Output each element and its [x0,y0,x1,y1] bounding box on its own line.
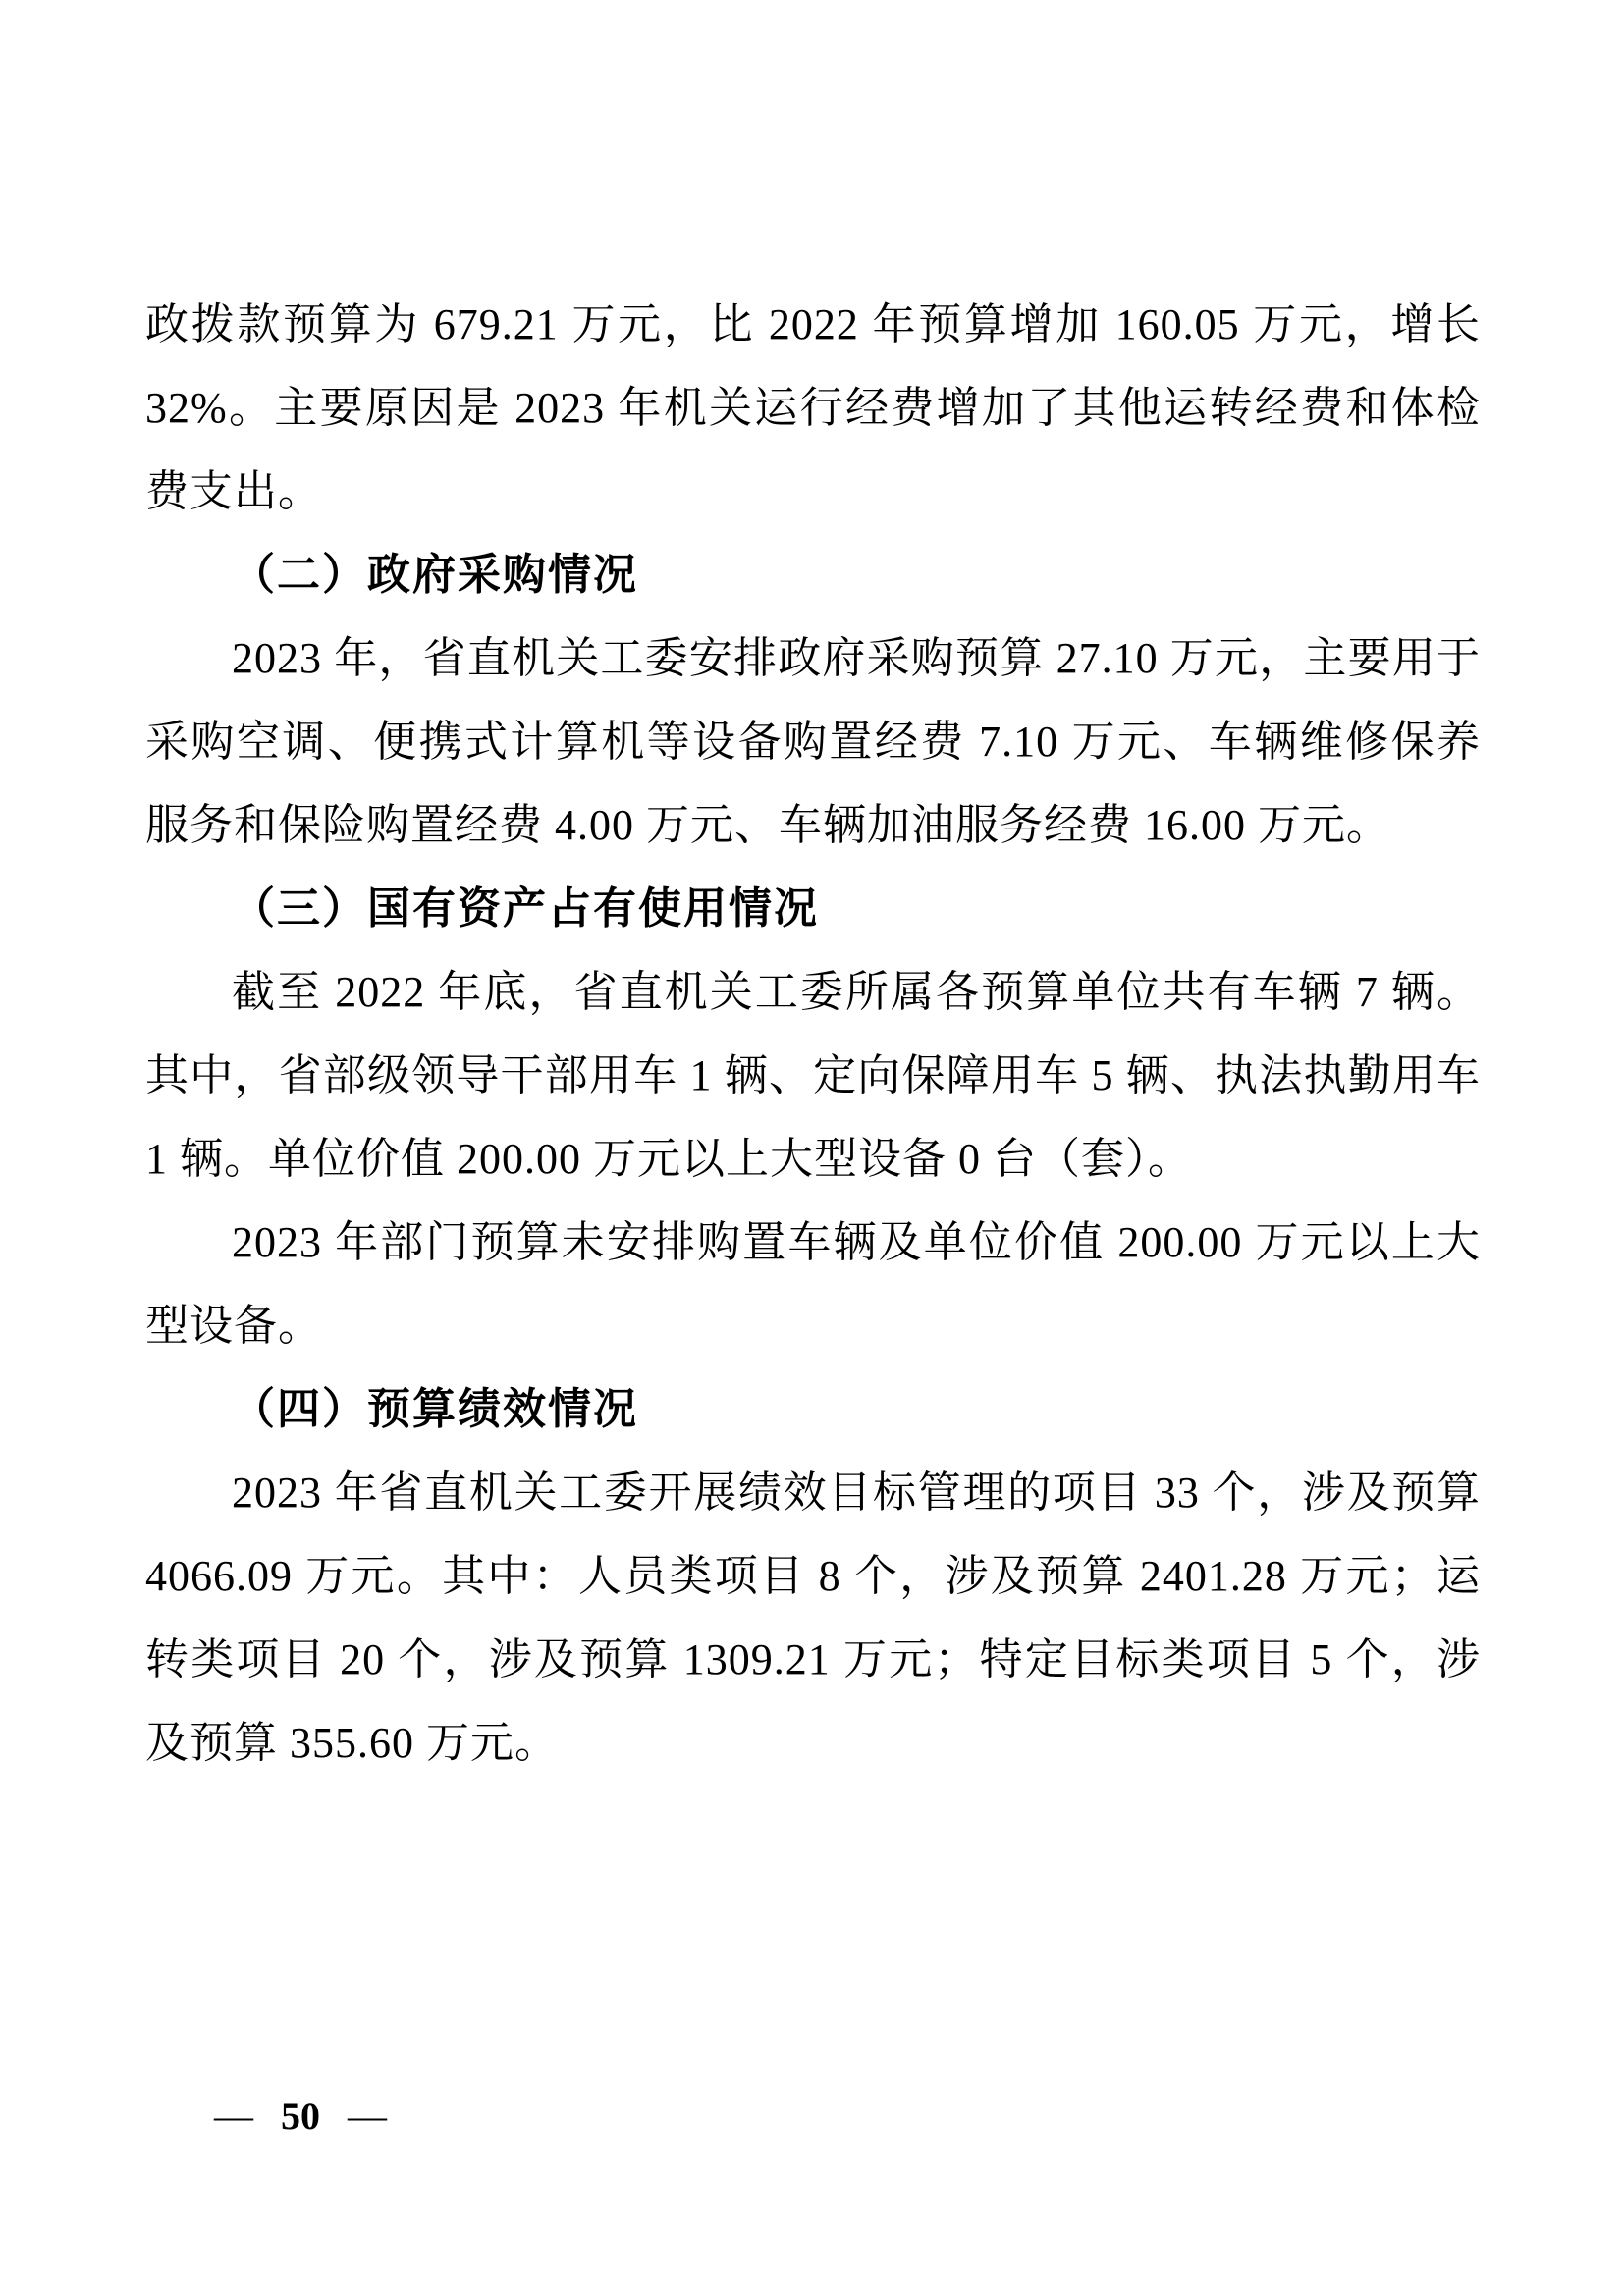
footer-left-dash: — [214,2091,253,2142]
page-footer: — 50 — [214,2091,387,2142]
heading-section-2-government-procurement: （二）政府采购情况 [145,533,1481,616]
document-body: 政拨款预算为 679.21 万元，比 2022 年预算增加 160.05 万元，… [145,283,1481,1785]
page-number: 50 [281,2091,320,2142]
paragraph-vehicle-assets-detail: 截至 2022 年底，省直机关工委所属各预算单位共有车辆 7 辆。其中，省部级领… [145,950,1481,1201]
paragraph-no-new-purchases: 2023 年部门预算未安排购置车辆及单位价值 200.00 万元以上大型设备。 [145,1201,1481,1367]
footer-right-dash: — [348,2091,387,2142]
paragraph-procurement-detail: 2023 年，省直机关工委安排政府采购预算 27.10 万元，主要用于采购空调、… [145,616,1481,867]
document-page: 政拨款预算为 679.21 万元，比 2022 年预算增加 160.05 万元，… [0,0,1624,2296]
heading-section-3-state-assets: （三）国有资产占有使用情况 [145,867,1481,950]
paragraph-fiscal-appropriation-continuation: 政拨款预算为 679.21 万元，比 2022 年预算增加 160.05 万元，… [145,283,1481,533]
heading-section-4-budget-performance: （四）预算绩效情况 [145,1367,1481,1451]
paragraph-performance-targets-detail: 2023 年省直机关工委开展绩效目标管理的项目 33 个，涉及预算 4066.0… [145,1451,1481,1785]
